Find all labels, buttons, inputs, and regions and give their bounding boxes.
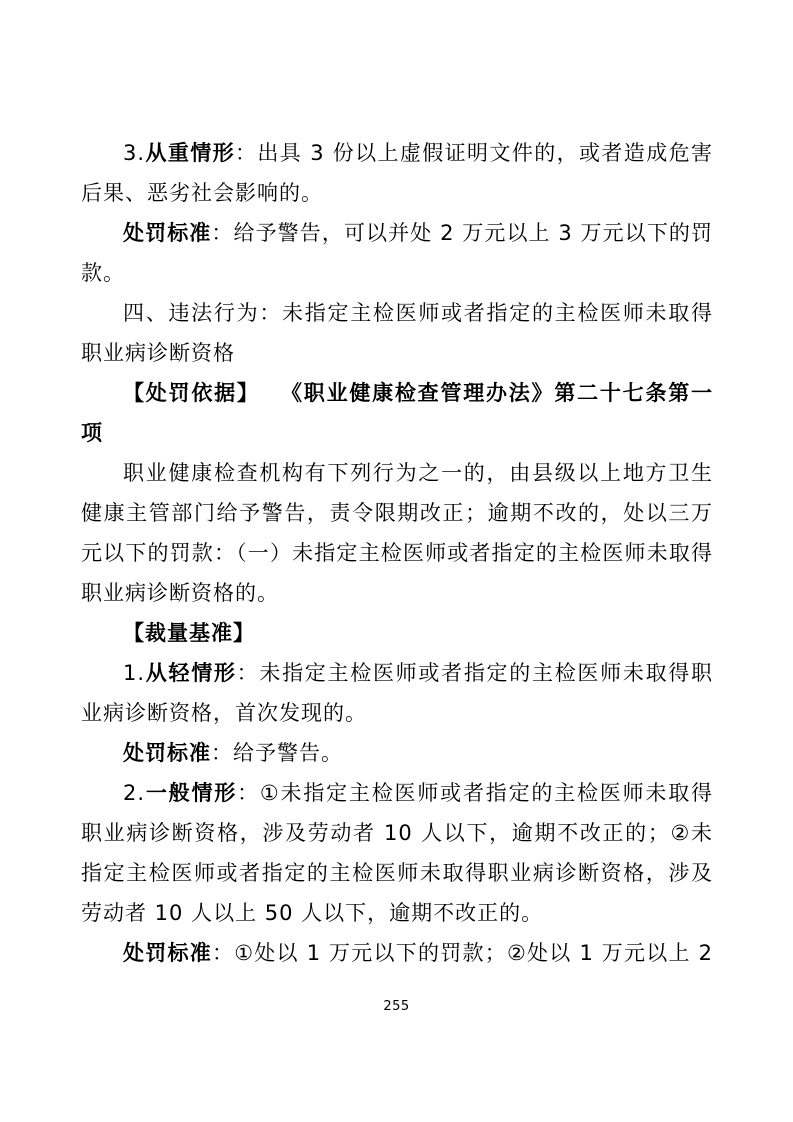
text-run-bold: 从重情形 (145, 141, 235, 165)
para-penalty-standard-general: 处罚标准：①处以 1 万元以下的罚款；②处以 1 万元以上 2 (81, 933, 713, 973)
text-run-bold: 处罚标准 (123, 741, 211, 765)
text-run: 2. (123, 781, 145, 805)
para-penalty-standard-lenient: 处罚标准：给予警告。 (81, 733, 713, 773)
para-lenient-circumstance: 1.从轻情形：未指定主检医师或者指定的主检医师未取得职业病诊断资格，首次发现的。 (81, 653, 713, 733)
text-run-bold: 一般情形 (145, 781, 237, 805)
document-body: 3.从重情形：出具 3 份以上虚假证明文件的，或者造成危害后果、恶劣社会影响的。… (81, 133, 713, 973)
text-run-bold: 【裁量基准】 (123, 621, 255, 645)
text-run-bold: 从轻情形 (145, 661, 237, 685)
text-run: 3. (123, 141, 145, 165)
text-run: 四、违法行为：未指定主检医师或者指定的主检医师未取得职业病诊断资格 (81, 301, 713, 365)
text-run-bold: 处罚标准 (123, 941, 212, 965)
text-run: 1. (123, 661, 145, 685)
text-run: ：①处以 1 万元以下的罚款；②处以 1 万元以上 2 (212, 941, 713, 965)
page-number: 255 (0, 999, 793, 1014)
para-violation-item-4: 四、违法行为：未指定主检医师或者指定的主检医师未取得职业病诊断资格 (81, 293, 713, 373)
document-page: 3.从重情形：出具 3 份以上虚假证明文件的，或者造成危害后果、恶劣社会影响的。… (0, 0, 793, 1122)
text-run-bold: 【处罚依据】 《职业健康检查管理办法》第二十七条第一项 (81, 381, 713, 445)
para-regulation-quote: 职业健康检查机构有下列行为之一的，由县级以上地方卫生健康主管部门给予警告，责令限… (81, 453, 713, 613)
text-run: 职业健康检查机构有下列行为之一的，由县级以上地方卫生健康主管部门给予警告，责令限… (81, 461, 713, 605)
para-aggravated-circumstance: 3.从重情形：出具 3 份以上虚假证明文件的，或者造成危害后果、恶劣社会影响的。 (81, 133, 713, 213)
text-run-bold: 处罚标准 (123, 221, 211, 245)
para-general-circumstance: 2.一般情形：①未指定主检医师或者指定的主检医师未取得职业病诊断资格，涉及劳动者… (81, 773, 713, 933)
text-run: ：给予警告。 (211, 741, 343, 765)
para-discretion-benchmark-heading: 【裁量基准】 (81, 613, 713, 653)
para-penalty-standard-aggravated: 处罚标准：给予警告，可以并处 2 万元以上 3 万元以下的罚款。 (81, 213, 713, 293)
para-penalty-basis-heading: 【处罚依据】 《职业健康检查管理办法》第二十七条第一项 (81, 373, 713, 453)
